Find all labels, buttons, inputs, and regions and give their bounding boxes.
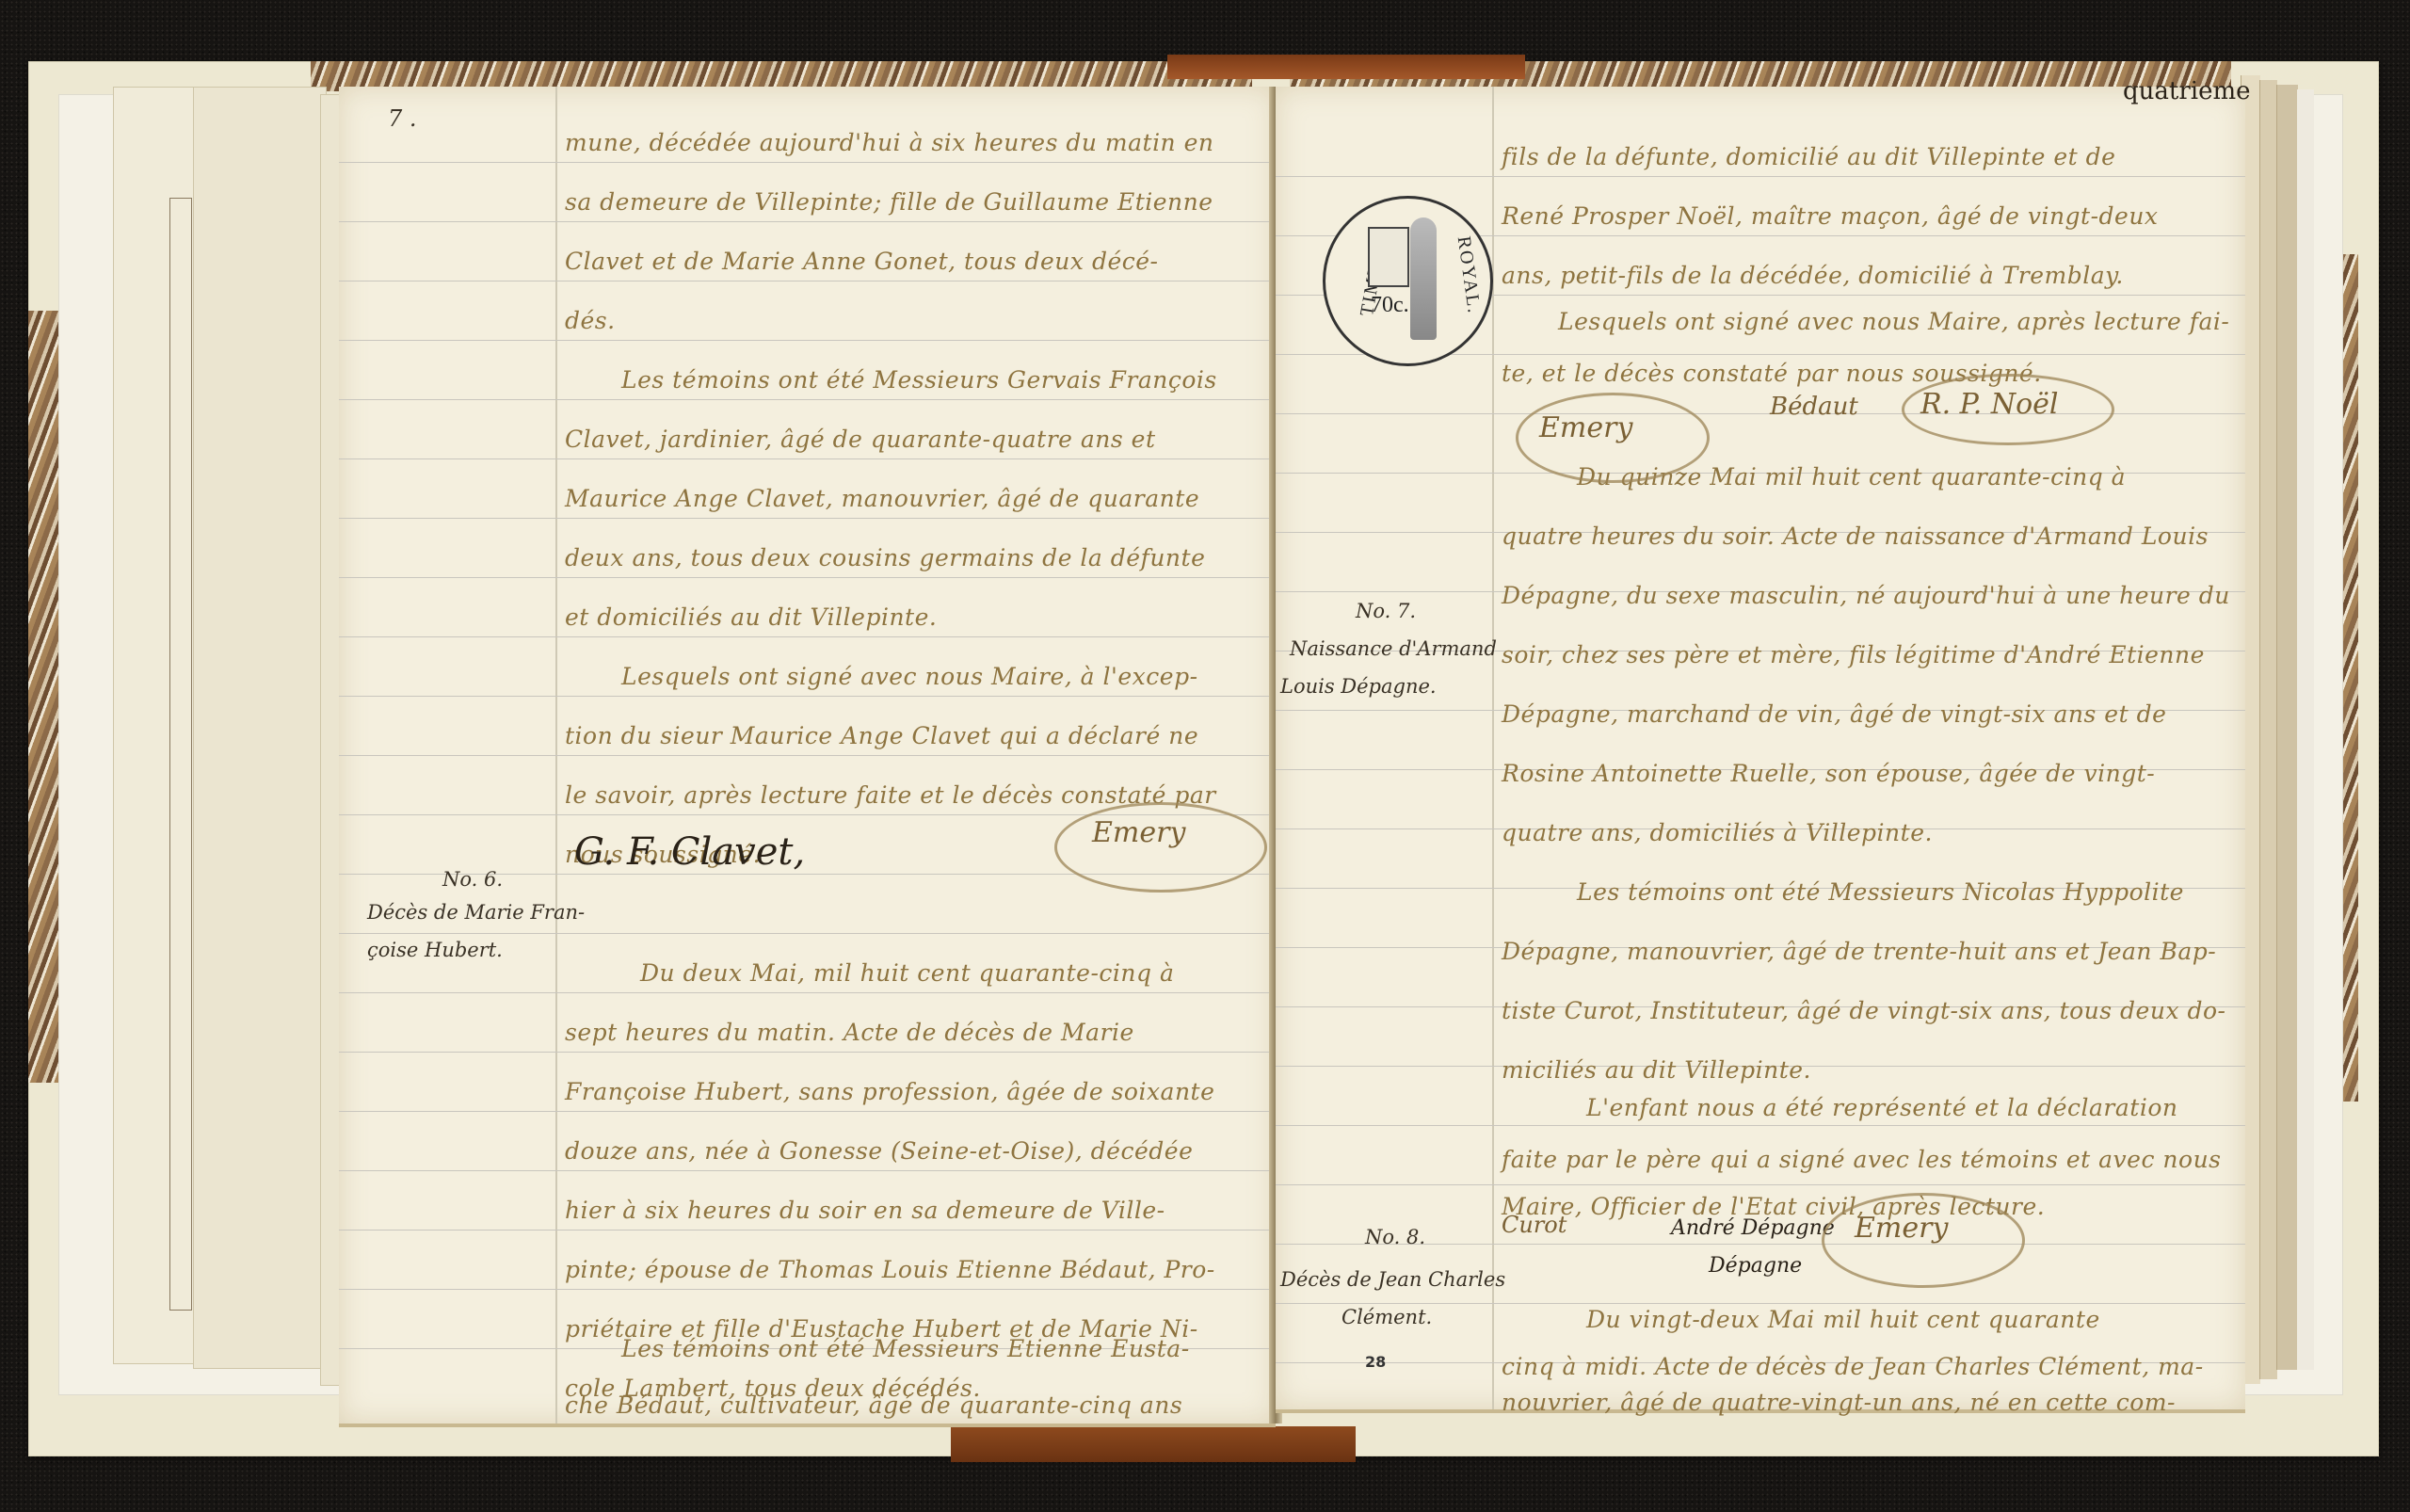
signature-emery: Emery [1539,411,1632,444]
record-line: Les témoins ont été Messieurs Etienne Eu… [621,1335,1190,1362]
underlying-leaf [193,87,327,1369]
signature-emery: Emery [1092,816,1185,849]
top-mark: 7 . [388,105,417,132]
signature-emery: Emery [1855,1212,1948,1245]
royal-stamp: TIMBRE ROYAL. 70c. [1323,196,1493,366]
stamp-text-right: ROYAL. [1453,234,1485,315]
tablets-icon [1368,227,1409,287]
left-page: 7 . No. 6. Décès de Marie Fran- çoise Hu… [339,87,1276,1427]
signature-curot: Curot [1502,1212,1566,1238]
figure-icon [1410,217,1437,340]
spine-strap-bottom [951,1426,1356,1462]
signature-bedaut: Bédaut [1770,393,1858,421]
signature-clavet: G. F. Clavet, [574,830,805,874]
ledger-fragment [169,198,192,1311]
page-edge-stack [2259,80,2277,1379]
page-number: 28 [1365,1353,1386,1371]
signature-flourish [1902,374,2114,445]
page-edge-stack [2276,85,2298,1370]
page-edge-stack [2297,89,2314,1370]
signature-depagne: Dépagne [1709,1254,1802,1278]
stamp-value: 70c. [1371,293,1409,318]
record-line: nouvrier, âgé de quatre-vingt-un ans, né… [1502,1389,2176,1416]
record-line: che Bédaut, cultivateur, âgé de quarante… [565,1391,1182,1419]
spine-strap-top [1167,55,1525,79]
quatrieme-annotation: quatrieme [2123,77,2251,105]
signature-andre-depagne: André Dépagne [1671,1216,1835,1240]
